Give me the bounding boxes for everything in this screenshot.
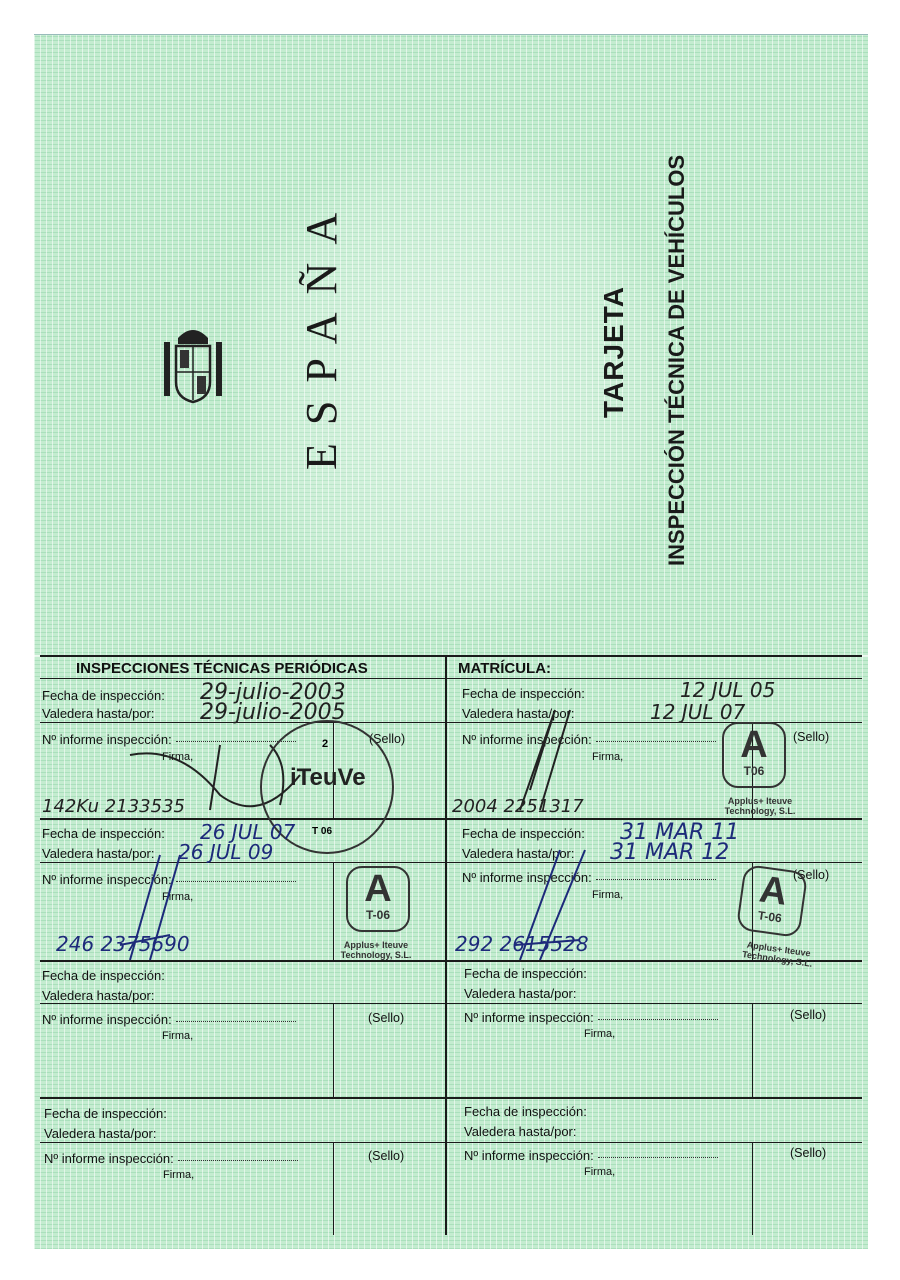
stamp-caption: Applus+ Iteuve Technology, S.L. [326, 940, 426, 960]
valid-until-label: Valedera hasta/por: [464, 1124, 577, 1139]
date-label: Fecha de inspección: [464, 966, 587, 981]
signature-label: Firma, [584, 1166, 615, 1178]
card-title: INSPECCIÓN TÉCNICA DE VEHÍCULOS [664, 155, 690, 566]
plate-label: MATRÍCULA: [458, 660, 551, 677]
signature-label: Firma, [584, 1028, 615, 1040]
date-label: Fecha de inspección: [462, 826, 585, 841]
valid-until-label: Valedera hasta/por: [44, 1126, 157, 1141]
spain-coat-of-arms-icon [162, 322, 224, 414]
applus-stamp: A T-06 [736, 864, 809, 938]
date-label: Fecha de inspección: [42, 826, 165, 841]
applus-stamp: A T06 [722, 722, 786, 788]
valid-until-label: Valedera hasta/por: [42, 988, 155, 1003]
valid-until-label: Valedera hasta/por: [42, 706, 155, 721]
stamp-label: (Sello) [793, 730, 829, 744]
signature-mark [500, 700, 590, 815]
report-no-label: Nº informe inspección: [464, 1148, 718, 1163]
date-label: Fecha de inspección: [42, 968, 165, 983]
valid-until-label: Valedera hasta/por: [464, 986, 577, 1001]
date-label: Fecha de inspección: [44, 1106, 167, 1121]
report-no-label: Nº informe inspección: [42, 1012, 296, 1027]
signature-label: Firma, [592, 751, 623, 763]
inspection-date-value: 12 JUL 05 [680, 678, 775, 702]
itv-card [34, 34, 868, 1249]
stamp-caption: Applus+ Iteuve Technology, S.L. [710, 796, 810, 816]
signature-label: Firma, [162, 1030, 193, 1042]
stamp-label: (Sello) [368, 1011, 404, 1025]
country-title: ESPAÑA [296, 195, 347, 470]
report-no-label: Nº informe inspección: [464, 1010, 718, 1025]
valid-until-value: 31 MAR 12 [610, 840, 729, 865]
signature-mark [510, 840, 600, 965]
signature-mark [110, 845, 190, 965]
section-title: INSPECCIONES TÉCNICAS PERIÓDICAS [76, 660, 368, 677]
applus-stamp: A T-06 [346, 866, 410, 932]
stamp-label: (Sello) [368, 1149, 404, 1163]
date-label: Fecha de inspección: [464, 1104, 587, 1119]
valid-until-value: 12 JUL 07 [650, 700, 745, 724]
stamp-label: (Sello) [790, 1146, 826, 1160]
date-label: Fecha de inspección: [42, 688, 165, 703]
card-word: TARJETA [598, 286, 630, 418]
signature-label: Firma, [163, 1169, 194, 1181]
stamp-label: (Sello) [790, 1008, 826, 1022]
valid-until-value: 26 JUL 09 [178, 840, 273, 864]
date-label: Fecha de inspección: [462, 686, 585, 701]
report-no-label: Nº informe inspección: [44, 1151, 298, 1166]
